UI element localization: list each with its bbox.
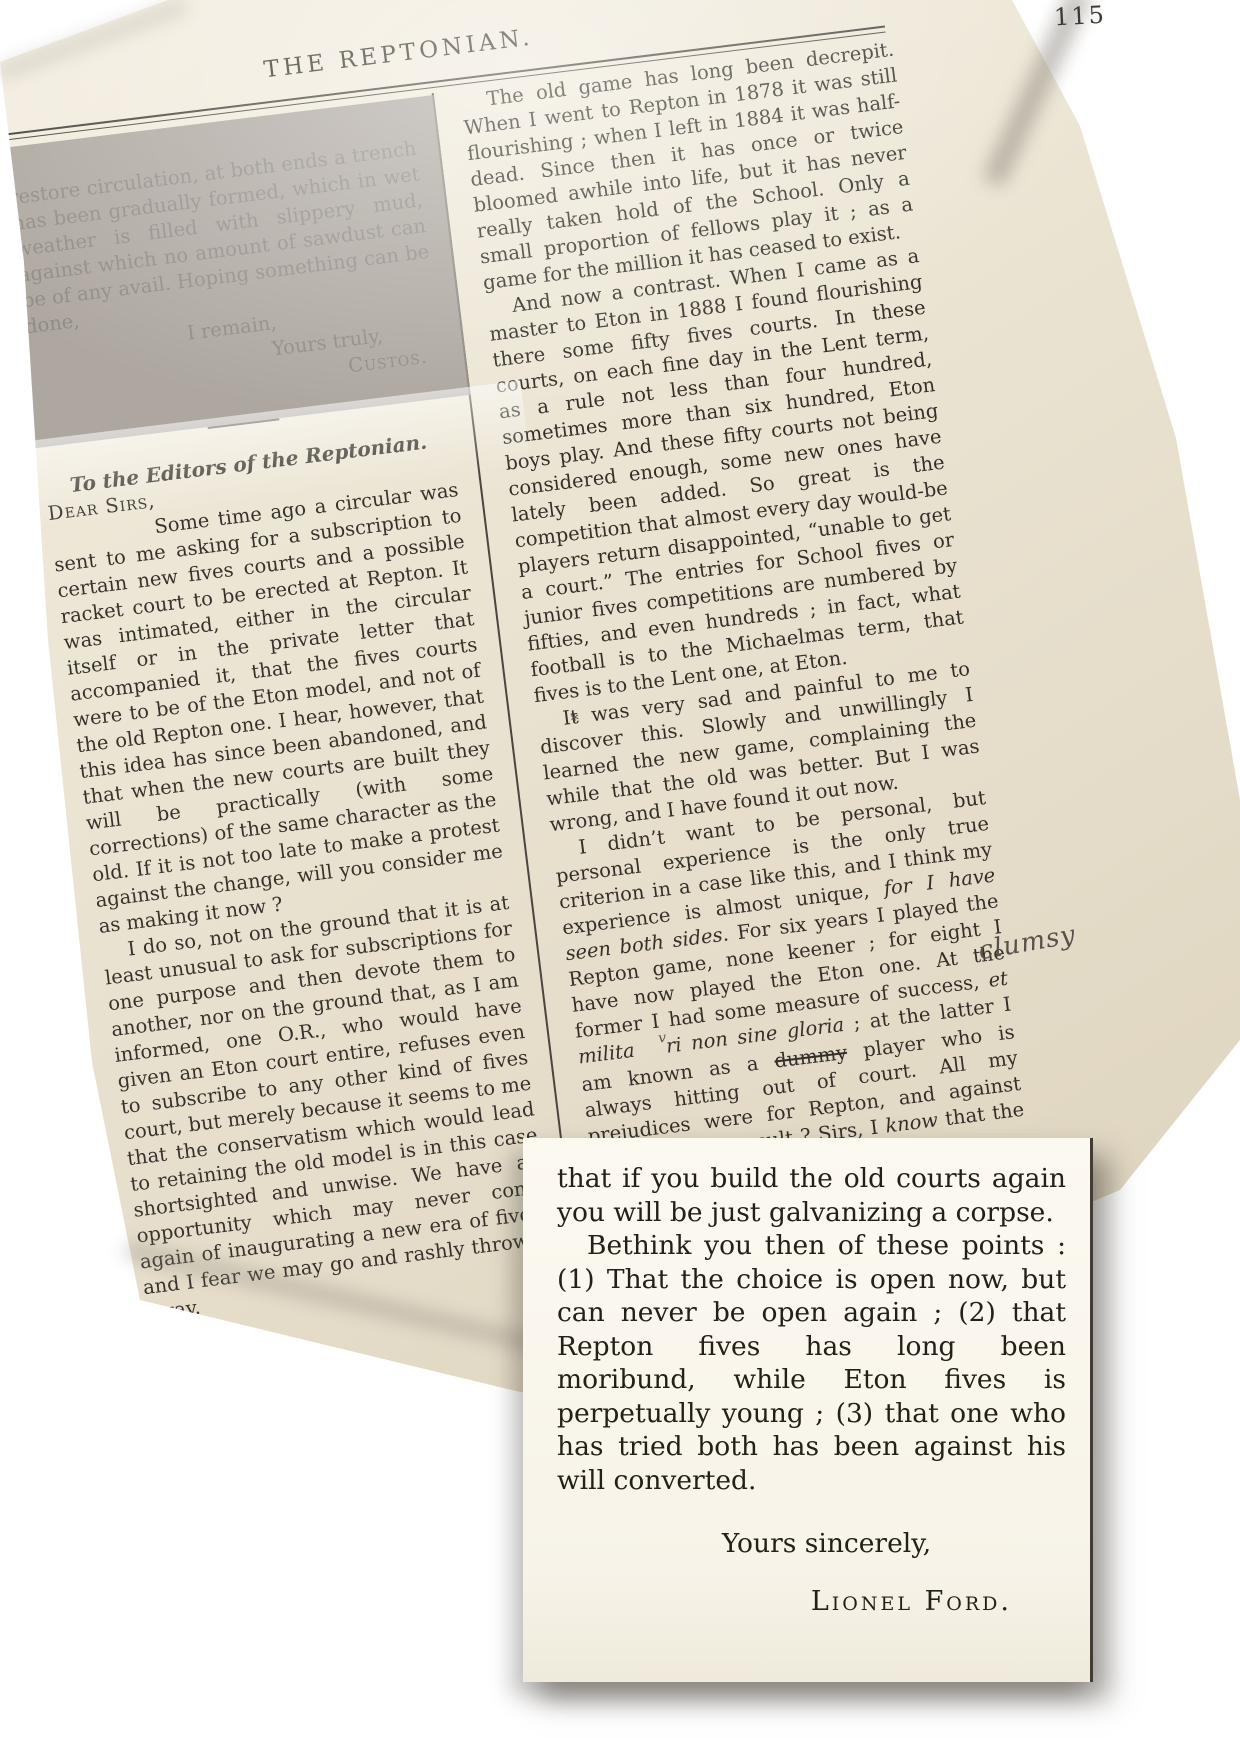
cutting-paragraph-1: that if you build the old courts again y… bbox=[557, 1162, 1066, 1229]
cutting-paragraph-2: Bethink you then of these points : (1) T… bbox=[557, 1229, 1066, 1497]
page-number: 115 bbox=[1053, 1, 1106, 32]
cutting-valediction: Yours sincerely, bbox=[557, 1527, 1066, 1561]
letter-paragraph-1: Some time ago a circular was sent to me … bbox=[50, 477, 508, 940]
letter-ending-cutting: that if you build the old courts again y… bbox=[523, 1138, 1093, 1682]
letter-paragraph-4: And now a contrast. When I came as a mas… bbox=[485, 243, 968, 709]
cutting-signature: Lionel Ford. bbox=[557, 1585, 1066, 1619]
